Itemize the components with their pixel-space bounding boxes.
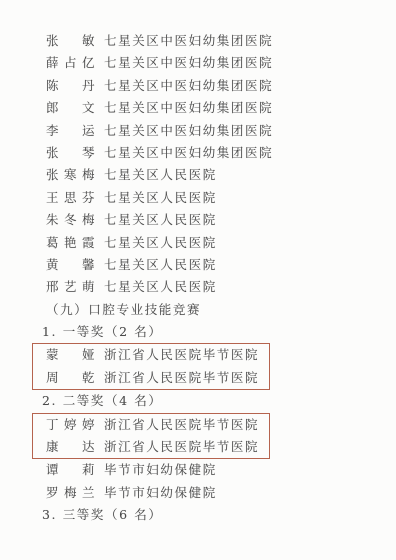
list-item: 邢艺萌七星关区人民医院 (46, 276, 396, 298)
list-item: 郎 文七星关区中医妇幼集团医院 (46, 97, 396, 119)
third-prize-label: 3. 三等奖（6 名） (42, 504, 396, 526)
organization-name: 七星关区中医妇幼集团医院 (104, 33, 273, 48)
organization-name: 七星关区中医妇幼集团医院 (104, 145, 273, 160)
person-name: 谭 莉 (46, 459, 104, 481)
second-prize-highlight-box: 丁婷婷浙江省人民医院毕节医院 康 达浙江省人民医院毕节医院 (32, 413, 270, 460)
organization-name: 七星关区中医妇幼集团医院 (104, 100, 273, 115)
list-item: 蒙 娅浙江省人民医院毕节医院 (46, 344, 269, 366)
section-heading: （九）口腔专业技能竞赛 (46, 299, 396, 321)
person-name: 葛艳霞 (46, 232, 104, 254)
document-page: 张 敏七星关区中医妇幼集团医院 薛占亿七星关区中医妇幼集团医院 陈 丹七星关区中… (0, 0, 396, 560)
person-name: 薛占亿 (46, 52, 104, 74)
list-item: 李 运七星关区中医妇幼集团医院 (46, 120, 396, 142)
person-name: 张 琴 (46, 142, 104, 164)
organization-name: 七星关区中医妇幼集团医院 (104, 78, 273, 93)
list-item: 罗梅兰毕节市妇幼保健院 (46, 482, 396, 504)
list-item: 王思芬七星关区人民医院 (46, 187, 396, 209)
organization-name: 七星关区人民医院 (104, 279, 217, 294)
person-name: 郎 文 (46, 97, 104, 119)
organization-name: 浙江省人民医院毕节医院 (104, 417, 259, 432)
first-prize-label: 1. 一等奖（2 名） (42, 321, 396, 343)
first-prize-highlight-box: 蒙 娅浙江省人民医院毕节医院 周 乾浙江省人民医院毕节医院 (32, 343, 270, 390)
organization-name: 毕节市妇幼保健院 (104, 462, 217, 477)
organization-name: 七星关区中医妇幼集团医院 (104, 123, 273, 138)
organization-name: 七星关区人民医院 (104, 212, 217, 227)
person-name: 康 达 (46, 436, 104, 458)
organization-name: 七星关区人民医院 (104, 235, 217, 250)
list-item: 薛占亿七星关区中医妇幼集团医院 (46, 52, 396, 74)
name-list: 张 敏七星关区中医妇幼集团医院 薛占亿七星关区中医妇幼集团医院 陈 丹七星关区中… (46, 30, 396, 527)
second-prize-label: 2. 二等奖（4 名） (42, 390, 396, 412)
person-name: 王思芬 (46, 187, 104, 209)
person-name: 张寒梅 (46, 164, 104, 186)
person-name: 朱冬梅 (46, 209, 104, 231)
organization-name: 浙江省人民医院毕节医院 (104, 370, 259, 385)
list-item: 黄 馨七星关区人民医院 (46, 254, 396, 276)
organization-name: 七星关区人民医院 (104, 167, 217, 182)
organization-name: 七星关区人民医院 (104, 257, 217, 272)
list-item: 谭 莉毕节市妇幼保健院 (46, 459, 396, 481)
list-item: 陈 丹七星关区中医妇幼集团医院 (46, 75, 396, 97)
person-name: 陈 丹 (46, 75, 104, 97)
person-name: 张 敏 (46, 30, 104, 52)
list-item: 丁婷婷浙江省人民医院毕节医院 (46, 414, 269, 436)
person-name: 黄 馨 (46, 254, 104, 276)
organization-name: 浙江省人民医院毕节医院 (104, 439, 259, 454)
organization-name: 浙江省人民医院毕节医院 (104, 347, 259, 362)
organization-name: 七星关区中医妇幼集团医院 (104, 55, 273, 70)
list-item: 张 琴七星关区中医妇幼集团医院 (46, 142, 396, 164)
list-item: 朱冬梅七星关区人民医院 (46, 209, 396, 231)
person-name: 蒙 娅 (46, 344, 104, 366)
person-name: 李 运 (46, 120, 104, 142)
list-item: 葛艳霞七星关区人民医院 (46, 232, 396, 254)
list-item: 张寒梅七星关区人民医院 (46, 164, 396, 186)
list-item: 张 敏七星关区中医妇幼集团医院 (46, 30, 396, 52)
person-name: 罗梅兰 (46, 482, 104, 504)
person-name: 周 乾 (46, 367, 104, 389)
person-name: 丁婷婷 (46, 414, 104, 436)
organization-name: 七星关区人民医院 (104, 190, 217, 205)
person-name: 邢艺萌 (46, 276, 104, 298)
organization-name: 毕节市妇幼保健院 (104, 485, 217, 500)
list-item: 康 达浙江省人民医院毕节医院 (46, 436, 269, 458)
list-item: 周 乾浙江省人民医院毕节医院 (46, 367, 269, 389)
